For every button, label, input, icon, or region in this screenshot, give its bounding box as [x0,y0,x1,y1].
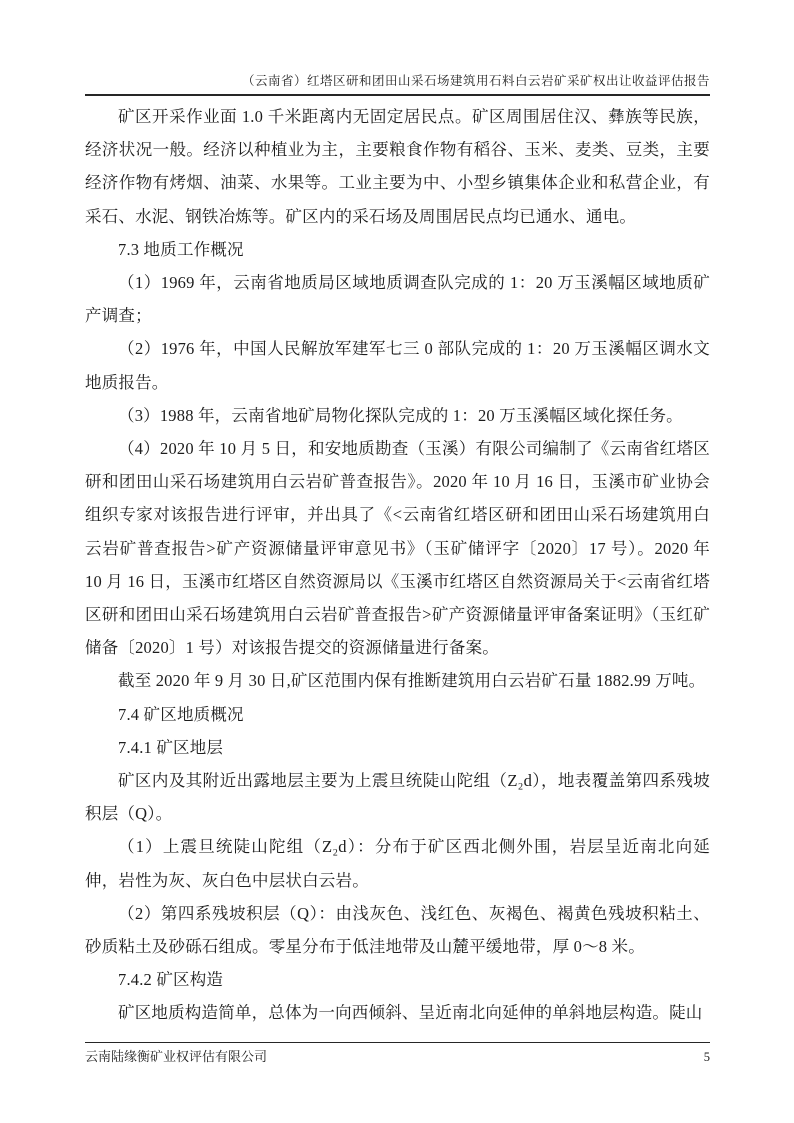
paragraph: 矿区开采作业面 1.0 千米距离内无固定居民点。矿区周围居住汉、彝族等民族，经济… [85,100,710,233]
paragraph: （2）第四系残坡积层（Q）：由浅灰色、浅红色、灰褐色、褐黄色残坡积粘土、砂质粘土… [85,897,710,963]
footer-page-number: 5 [704,1049,710,1065]
header-title: （云南省）红塔区研和团田山采石场建筑用石料白云岩矿采矿权出让收益评估报告 [242,74,710,88]
paragraph: （3）1988 年，云南省地矿局物化探队完成的 1：20 万玉溪幅区域化探任务。 [85,399,710,432]
section-heading: 7.4 矿区地质概况 [85,698,710,731]
footer-company: 云南陆缘衡矿业权评估有限公司 [85,1049,267,1065]
document-page: （云南省）红塔区研和团田山采石场建筑用石料白云岩矿采矿权出让收益评估报告 矿区开… [0,0,794,1123]
paragraph: 矿区地质构造简单，总体为一向西倾斜、呈近南北向延伸的单斜地层构造。陡山 [85,996,710,1029]
page-header: （云南省）红塔区研和团田山采石场建筑用石料白云岩矿采矿权出让收益评估报告 [85,72,710,96]
page-footer: 云南陆缘衡矿业权评估有限公司 5 [85,1042,710,1065]
section-heading: 7.3 地质工作概况 [85,233,710,266]
paragraph: 截至 2020 年 9 月 30 日,矿区范围内保有推断建筑用白云岩矿石量 18… [85,664,710,697]
paragraph: （1）1969 年，云南省地质局区域地质调查队完成的 1：20 万玉溪幅区域地质… [85,266,710,332]
section-heading: 7.4.1 矿区地层 [85,731,710,764]
document-body: 矿区开采作业面 1.0 千米距离内无固定居民点。矿区周围居住汉、彝族等民族，经济… [85,100,710,1030]
paragraph: 矿区内及其附近出露地层主要为上震旦统陡山陀组（Z₂d），地表覆盖第四系残坡积层（… [85,764,710,830]
paragraph: （1）上震旦统陡山陀组（Z₂d）：分布于矿区西北侧外围，岩层呈近南北向延伸，岩性… [85,830,710,896]
section-heading: 7.4.2 矿区构造 [85,963,710,996]
paragraph: （2）1976 年，中国人民解放军建军七三 0 部队完成的 1：20 万玉溪幅区… [85,332,710,398]
paragraph: （4）2020 年 10 月 5 日，和安地质勘查（玉溪）有限公司编制了《云南省… [85,432,710,664]
